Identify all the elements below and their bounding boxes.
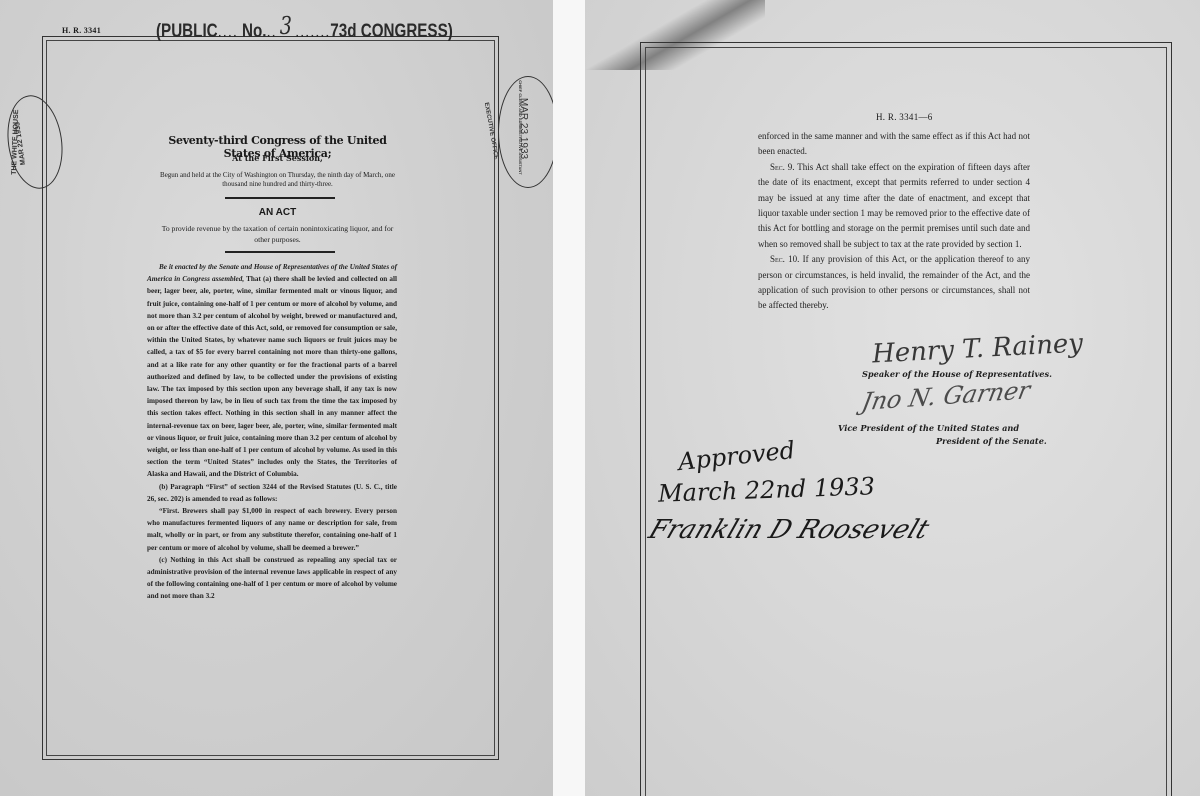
session-line: At the First Session, (150, 153, 405, 163)
left-page: H. R. 3341 (PUBLIC.... No...3.......73d … (0, 0, 553, 796)
page-header: H. R. 3341—6 (876, 112, 933, 122)
divider (225, 251, 335, 253)
paragraph-b-quote: “First. Brewers shall pay $1,000 in resp… (147, 505, 397, 554)
page-gutter (553, 0, 585, 796)
act-body-text: Be it enacted by the Senate and House of… (147, 261, 397, 603)
public-label: (PUBLIC (156, 21, 218, 42)
section-10-text: If any provision of this Act, or the app… (758, 254, 1030, 310)
chief-clerk-stamp: MAR 23 1933 CHIEF CLERK AND ADMINISTRATI… (498, 76, 558, 188)
section-label: Sec. 10. (770, 254, 799, 264)
paragraph-c: (c) Nothing in this Act shall be constru… (147, 554, 397, 603)
stamp-ring-text: CHIEF CLERK AND ADMINISTRATIVE ASSISTANT (518, 80, 523, 175)
section-9: Sec. 9. This Act shall take effect on th… (758, 160, 1030, 252)
vice-president-title-line2: President of the Senate. (936, 436, 1047, 446)
act-body-text-continued: enforced in the same manner and with the… (758, 129, 1030, 314)
act-purpose: To provide revenue by the taxation of ce… (155, 223, 400, 245)
congress-label: 73d CONGRESS) (330, 21, 452, 42)
divider (225, 197, 335, 199)
paragraph-a: That (a) there shall be levied and colle… (147, 275, 397, 478)
handwritten-number: 3 (277, 12, 296, 40)
begun-line: Begun and held at the City of Washington… (160, 171, 395, 189)
continuation-paragraph: enforced in the same manner and with the… (758, 129, 1030, 160)
paragraph-b: (b) Paragraph “First” of section 3244 of… (147, 481, 397, 505)
no-label: No. (242, 21, 266, 42)
president-signature: Franklin D Roosevelt (645, 515, 934, 545)
vice-president-title-line1: Vice President of the United States and (838, 423, 1019, 433)
act-heading: AN ACT (150, 207, 405, 218)
section-label: Sec. 9. (770, 162, 795, 172)
bill-number: H. R. 3341 (62, 26, 101, 35)
section-10: Sec. 10. If any provision of this Act, o… (758, 252, 1030, 314)
public-law-number: (PUBLIC.... No...3.......73d CONGRESS) (156, 15, 453, 43)
section-9-text: This Act shall take effect on the expira… (758, 162, 1030, 249)
section-1a: Be it enacted by the Senate and House of… (147, 261, 397, 481)
